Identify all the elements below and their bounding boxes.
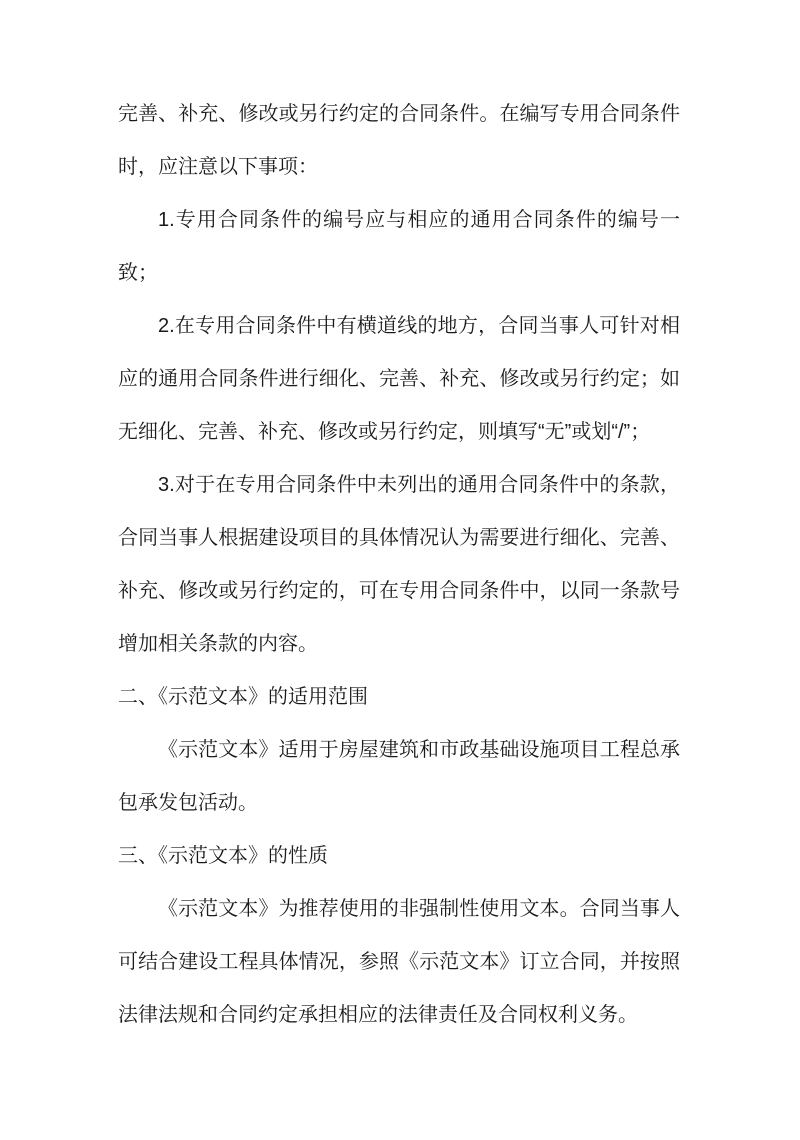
section-heading-nature: 三、《示范文本》的性质	[118, 830, 680, 883]
body-paragraph-item-1: 1.专用合同条件的编号应与相应的通用合同条件的编号一致；	[118, 194, 680, 300]
body-paragraph-item-2: 2.在专用合同条件中有横道线的地方，合同当事人可针对相应的通用合同条件进行细化、…	[118, 300, 680, 459]
body-paragraph-item-3: 3.对于在专用合同条件中未列出的通用合同条件中的条款，合同当事人根据建设项目的具…	[118, 459, 680, 671]
section-heading-applicable-scope: 二、《示范文本》的适用范围	[118, 671, 680, 724]
document-page: 完善、补充、修改或另行约定的合同条件。在编写专用合同条件时，应注意以下事项： 1…	[0, 0, 800, 1140]
body-paragraph-nature: 《示范文本》为推荐使用的非强制性使用文本。合同当事人可结合建设工程具体情况，参照…	[118, 883, 680, 1042]
body-paragraph-scope: 《示范文本》适用于房屋建筑和市政基础设施项目工程总承包承发包活动。	[118, 724, 680, 830]
body-paragraph-continued: 完善、补充、修改或另行约定的合同条件。在编写专用合同条件时，应注意以下事项：	[118, 88, 680, 194]
